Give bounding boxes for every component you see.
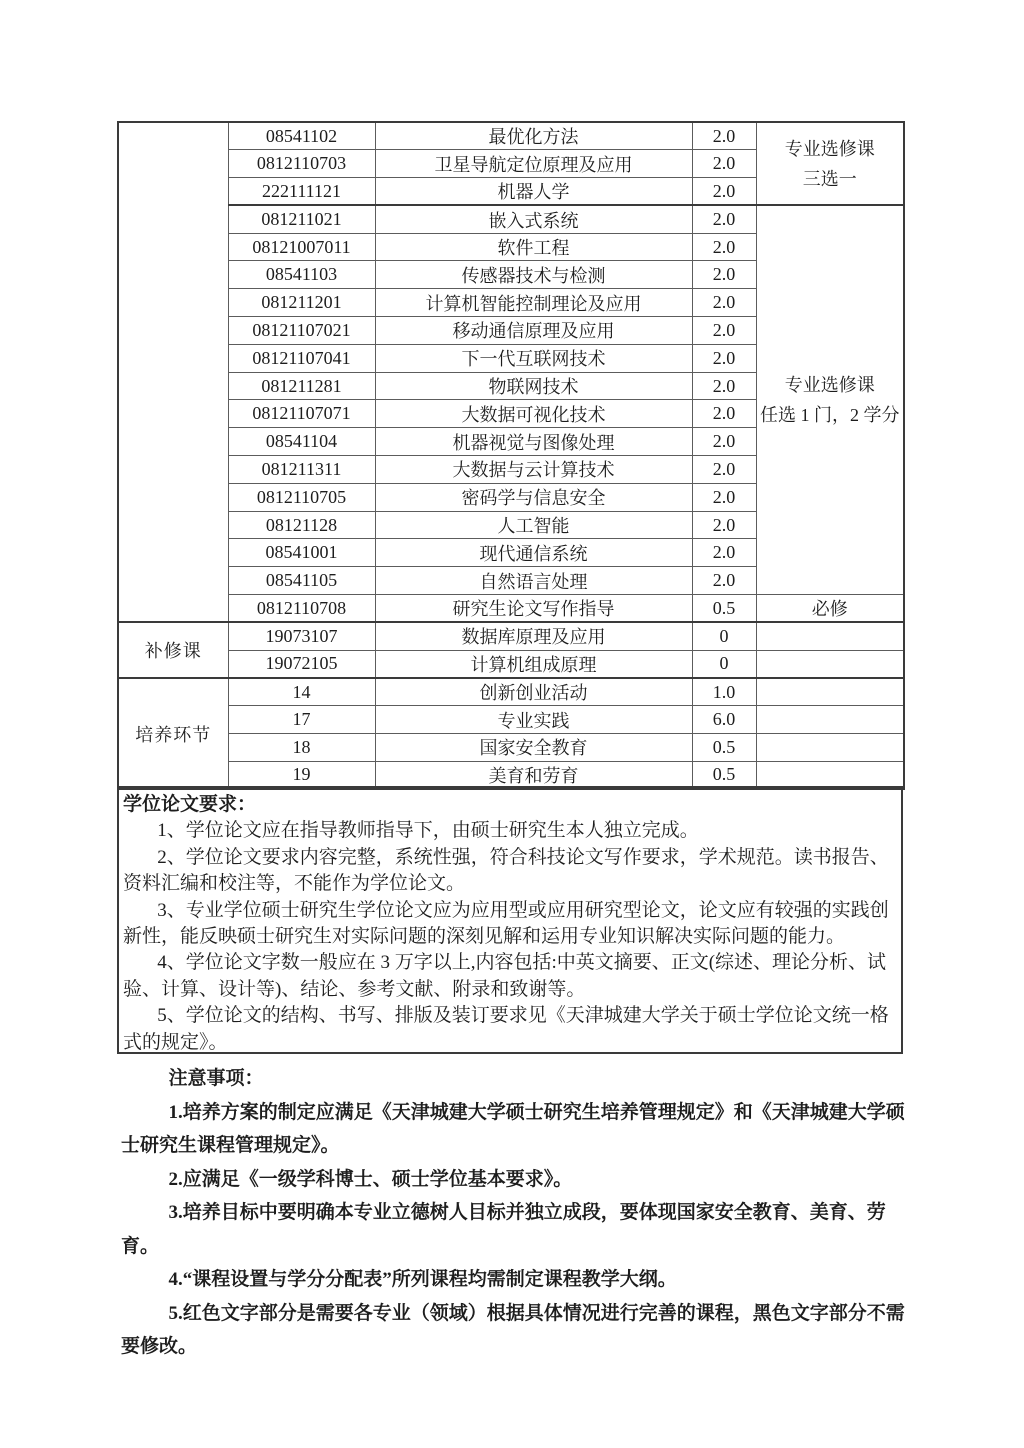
course-code-cell: 18 xyxy=(228,734,375,762)
course-credit-cell: 2.0 xyxy=(692,233,756,261)
course-code-cell: 14 xyxy=(228,678,375,706)
course-name-cell: 国家安全教育 xyxy=(375,734,692,762)
notice-item: 2.应满足《一级学科博士、硕士学位基本要求》。 xyxy=(121,1163,907,1197)
table-row: 补修课 19073107 数据库原理及应用 0 xyxy=(118,622,904,650)
course-name-cell: 创新创业活动 xyxy=(375,678,692,706)
thesis-requirement-item: 5、学位论文的结构、书写、排版及装订要求见《天津城建大学关于硕士学位论文统一格式… xyxy=(123,1003,895,1056)
course-name-cell: 数据库原理及应用 xyxy=(375,622,692,650)
course-credit-cell: 2.0 xyxy=(692,511,756,539)
course-credit-cell: 0.5 xyxy=(692,761,756,789)
course-credit-cell: 2.0 xyxy=(692,178,756,206)
course-code-cell: 0812110708 xyxy=(228,595,375,623)
course-credit-cell: 6.0 xyxy=(692,706,756,734)
notice-item: 1.培养方案的制定应满足《天津城建大学硕士研究生培养管理规定》和《天津城建大学硕… xyxy=(121,1096,907,1163)
note-line: 三选一 xyxy=(759,164,902,194)
course-name-cell: 机器人学 xyxy=(375,178,692,206)
course-name-cell: 计算机智能控制理论及应用 xyxy=(375,289,692,317)
course-credit-cell: 0.5 xyxy=(692,734,756,762)
table-row: 18 国家安全教育 0.5 xyxy=(118,734,904,762)
course-credit-cell: 2.0 xyxy=(692,539,756,567)
note-cell-empty xyxy=(756,706,904,734)
course-name-cell: 机器视觉与图像处理 xyxy=(375,428,692,456)
course-credit-table: 08541102 最优化方法 2.0 专业选修课 三选一 0812110703 … xyxy=(117,121,905,790)
thesis-requirement-item: 3、专业学位硕士研究生学位论文应为应用型或应用研究型论文，论文应有较强的实践创新… xyxy=(123,898,895,951)
table-row: 08541102 最优化方法 2.0 专业选修课 三选一 xyxy=(118,122,904,150)
course-code-cell: 08541001 xyxy=(228,539,375,567)
table-row: 培养环节 14 创新创业活动 1.0 xyxy=(118,678,904,706)
note-cell: 必修 xyxy=(756,595,904,623)
thesis-requirements-section: 学位论文要求： 1、学位论文应在指导教师指导下，由硕士研究生本人独立完成。 2、… xyxy=(117,786,903,1054)
note-cell: 专业选修课 三选一 xyxy=(756,122,904,205)
course-code-cell: 08541102 xyxy=(228,122,375,150)
table-row: 17 专业实践 6.0 xyxy=(118,706,904,734)
course-credit-cell: 2.0 xyxy=(692,122,756,150)
note-cell-empty xyxy=(756,622,904,650)
course-code-cell: 08541104 xyxy=(228,428,375,456)
course-name-cell: 传感器技术与检测 xyxy=(375,261,692,289)
course-code-cell: 08121128 xyxy=(228,511,375,539)
course-name-cell: 大数据可视化技术 xyxy=(375,400,692,428)
course-code-cell: 19072105 xyxy=(228,650,375,678)
notice-item: 5.红色文字部分是需要各专业（领域）根据具体情况进行完善的课程，黑色文字部分不需… xyxy=(121,1297,907,1364)
note-cell-empty xyxy=(756,650,904,678)
course-code-cell: 222111121 xyxy=(228,178,375,206)
note-cell-empty xyxy=(756,734,904,762)
course-name-cell: 物联网技术 xyxy=(375,372,692,400)
course-credit-cell: 2.0 xyxy=(692,428,756,456)
note-line: 专业选修课 xyxy=(759,134,902,164)
course-credit-cell: 2.0 xyxy=(692,400,756,428)
thesis-requirement-item: 2、学位论文要求内容完整，系统性强，符合科技论文写作要求，学术规范。读书报告、资… xyxy=(123,845,895,898)
thesis-requirements-title: 学位论文要求： xyxy=(123,792,895,818)
course-name-cell: 计算机组成原理 xyxy=(375,650,692,678)
document-page: 08541102 最优化方法 2.0 专业选修课 三选一 0812110703 … xyxy=(0,0,1024,1448)
course-code-cell: 0812110705 xyxy=(228,483,375,511)
thesis-requirement-item: 4、学位论文字数一般应在 3 万字以上,内容包括:中英文摘要、正文(综述、理论分… xyxy=(123,950,895,1003)
course-credit-cell: 2.0 xyxy=(692,317,756,345)
course-name-cell: 嵌入式系统 xyxy=(375,205,692,233)
course-credit-cell: 2.0 xyxy=(692,456,756,484)
note-cell-empty xyxy=(756,678,904,706)
table-row: 19 美育和劳育 0.5 xyxy=(118,761,904,789)
course-credit-cell: 2.0 xyxy=(692,289,756,317)
course-name-cell: 软件工程 xyxy=(375,233,692,261)
category-cell: 培养环节 xyxy=(118,678,228,789)
course-credit-cell: 2.0 xyxy=(692,483,756,511)
course-credit-cell: 2.0 xyxy=(692,372,756,400)
table-row: 19072105 计算机组成原理 0 xyxy=(118,650,904,678)
course-code-cell: 08541103 xyxy=(228,261,375,289)
course-code-cell: 08541105 xyxy=(228,567,375,595)
course-code-cell: 17 xyxy=(228,706,375,734)
course-name-cell: 人工智能 xyxy=(375,511,692,539)
note-cell-empty xyxy=(756,761,904,789)
course-credit-cell: 2.0 xyxy=(692,261,756,289)
note-line: 任选 1 门，2 学分 xyxy=(759,400,902,430)
note-cell: 专业选修课 任选 1 门，2 学分 xyxy=(756,205,904,594)
category-cell xyxy=(118,122,228,622)
course-code-cell: 08121107021 xyxy=(228,317,375,345)
course-code-cell: 081211201 xyxy=(228,289,375,317)
course-credit-cell: 1.0 xyxy=(692,678,756,706)
course-credit-cell: 2.0 xyxy=(692,344,756,372)
course-name-cell: 密码学与信息安全 xyxy=(375,483,692,511)
course-credit-cell: 0 xyxy=(692,650,756,678)
category-cell: 补修课 xyxy=(118,622,228,678)
course-name-cell: 现代通信系统 xyxy=(375,539,692,567)
course-credit-cell: 2.0 xyxy=(692,567,756,595)
course-name-cell: 下一代互联网技术 xyxy=(375,344,692,372)
course-name-cell: 研究生论文写作指导 xyxy=(375,595,692,623)
note-line: 专业选修课 xyxy=(759,370,902,400)
course-code-cell: 081211281 xyxy=(228,372,375,400)
notice-item: 4.“课程设置与学分分配表”所列课程均需制定课程教学大纲。 xyxy=(121,1263,907,1297)
course-code-cell: 19073107 xyxy=(228,622,375,650)
notice-item: 3.培养目标中要明确本专业立德树人目标并独立成段，要体现国家安全教育、美育、劳育… xyxy=(121,1196,907,1263)
notice-title: 注意事项： xyxy=(121,1062,907,1096)
course-credit-cell: 0.5 xyxy=(692,595,756,623)
course-credit-cell: 0 xyxy=(692,622,756,650)
course-name-cell: 大数据与云计算技术 xyxy=(375,456,692,484)
course-code-cell: 08121107071 xyxy=(228,400,375,428)
course-name-cell: 专业实践 xyxy=(375,706,692,734)
table-row: 0812110708 研究生论文写作指导 0.5 必修 xyxy=(118,595,904,623)
course-name-cell: 最优化方法 xyxy=(375,122,692,150)
course-name-cell: 卫星导航定位原理及应用 xyxy=(375,150,692,178)
course-code-cell: 08121107041 xyxy=(228,344,375,372)
course-name-cell: 自然语言处理 xyxy=(375,567,692,595)
course-code-cell: 081211311 xyxy=(228,456,375,484)
thesis-requirement-item: 1、学位论文应在指导教师指导下，由硕士研究生本人独立完成。 xyxy=(123,818,895,844)
course-credit-cell: 2.0 xyxy=(692,150,756,178)
table-row: 081211021 嵌入式系统 2.0 专业选修课 任选 1 门，2 学分 xyxy=(118,205,904,233)
notice-section: 注意事项： 1.培养方案的制定应满足《天津城建大学硕士研究生培养管理规定》和《天… xyxy=(121,1062,907,1364)
course-code-cell: 081211021 xyxy=(228,205,375,233)
course-name-cell: 美育和劳育 xyxy=(375,761,692,789)
course-code-cell: 0812110703 xyxy=(228,150,375,178)
course-code-cell: 08121007011 xyxy=(228,233,375,261)
course-code-cell: 19 xyxy=(228,761,375,789)
course-credit-cell: 2.0 xyxy=(692,205,756,233)
course-name-cell: 移动通信原理及应用 xyxy=(375,317,692,345)
